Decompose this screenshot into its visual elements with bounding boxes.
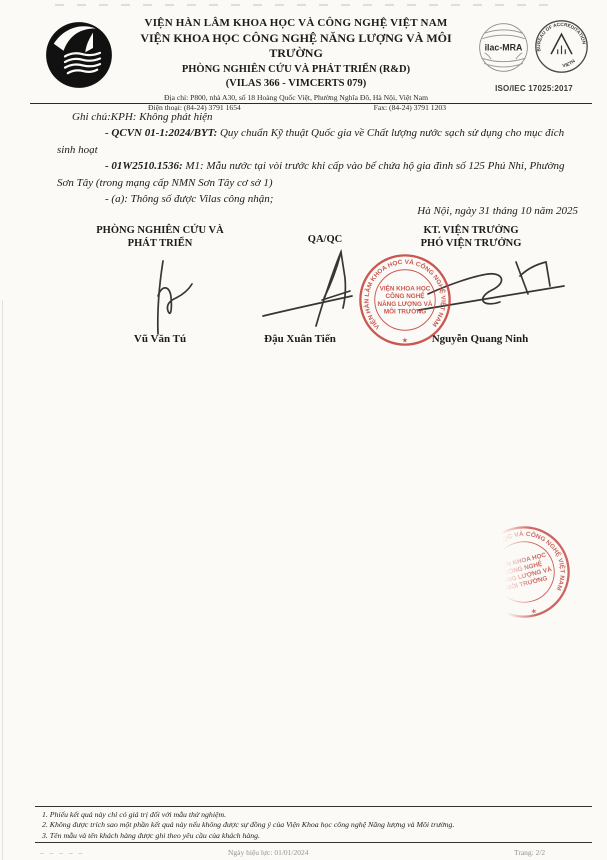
signer-col1-name: Vũ Văn Tú bbox=[75, 333, 245, 345]
signer-col3-title-line2: PHÓ VIỆN TRƯỞNG bbox=[396, 237, 546, 250]
boa-mountain-glyph bbox=[551, 34, 572, 54]
stamp-center-line2: CÔNG NGHỆ bbox=[385, 291, 424, 300]
org-name-department: PHÒNG NGHIÊN CỨU VÀ PHÁT TRIỂN (R&D) bbox=[118, 64, 474, 75]
org-name-academy: VIỆN HÀN LÂM KHOA HỌC VÀ CÔNG NGHỆ VIỆT … bbox=[118, 17, 474, 29]
remark-qcvn-code: - QCVN 01-1:2024/BYT: bbox=[105, 127, 217, 139]
official-red-stamp: VIỆN HÀN LÂM KHOA HỌC VÀ CÔNG NGHỆ VIỆT … bbox=[357, 252, 453, 348]
footer-note-1: 1. Phiếu kết quả này chỉ có giá trị đối … bbox=[42, 810, 587, 820]
footer-effective-date: Ngày hiệu lực: 01/01/2024 bbox=[228, 848, 309, 857]
institute-logo-icon bbox=[44, 20, 114, 90]
remark-sample-code: - 01W2510.1536: bbox=[105, 160, 183, 172]
signer-col3-title: KT. VIỆN TRƯỞNG PHÓ VIỆN TRƯỞNG bbox=[396, 224, 546, 250]
remark-qcvn: - QCVN 01-1:2024/BYT: Quy chuẩn Kỹ thuật… bbox=[57, 125, 569, 158]
footer-notes: 1. Phiếu kết quả này chỉ có giá trị đối … bbox=[42, 810, 587, 841]
footer-divider-bottom bbox=[35, 842, 592, 843]
signer-col1-title: PHÒNG NGHIÊN CỨU VÀ PHÁT TRIỂN bbox=[75, 224, 245, 250]
footer-bottom-row: – – – – – Ngày hiệu lực: 01/01/2024 Tran… bbox=[0, 848, 607, 860]
header-divider bbox=[30, 103, 592, 104]
remark-sample: - 01W2510.1536: M1: Mẫu nước tại vòi trư… bbox=[57, 158, 569, 191]
stamp-star: ★ bbox=[402, 337, 408, 345]
remark-legend: Ghi chú:KPH: Không phát hiện bbox=[57, 109, 569, 125]
ilac-mra-logo-icon: ilac-MRA bbox=[477, 21, 530, 74]
ilac-mra-label: ilac-MRA bbox=[485, 43, 523, 53]
boa-vietnam-logo-icon: BUREAU OF ACCREDITATION VIETNAM bbox=[533, 18, 590, 75]
org-address: Địa chỉ: P800, nhà A30, số 18 Hoàng Quốc… bbox=[118, 93, 474, 102]
signer-col2-name: Đậu Xuân Tiến bbox=[238, 333, 362, 345]
scan-artifact-left-edge bbox=[2, 300, 3, 860]
scan-artifact-top bbox=[55, 4, 555, 6]
place-date-line: Hà Nội, ngày 31 tháng 10 năm 2025 bbox=[300, 205, 578, 217]
footer-divider-top bbox=[35, 806, 592, 807]
footer-note-2: 2. Không được trích sao một phần kết quả… bbox=[42, 820, 587, 830]
iso-certification-label: ISO/IEC 17025:2017 bbox=[478, 84, 590, 93]
stamp-center-line1: VIỆN KHOA HỌC bbox=[380, 283, 431, 292]
footer-note-3: 3. Tên mẫu và tên khách hàng được ghi th… bbox=[42, 831, 587, 841]
stamp-star: ★ bbox=[530, 607, 538, 616]
header-org-block: VIỆN HÀN LÂM KHOA HỌC VÀ CÔNG NGHỆ VIỆT … bbox=[118, 17, 474, 112]
signer-col1-title-line2: PHÁT TRIỂN bbox=[75, 237, 245, 250]
footer-form-code-marks: – – – – – bbox=[40, 848, 84, 857]
signer-col2-title: QA/QC bbox=[293, 233, 357, 246]
stamp-center-line3: NĂNG LƯỢNG VÀ bbox=[378, 299, 433, 308]
remarks-block: Ghi chú:KPH: Không phát hiện - QCVN 01-1… bbox=[57, 109, 569, 207]
stamp-center-line4: MÔI TRƯỜNG bbox=[384, 306, 426, 315]
signer-col1-title-line1: PHÒNG NGHIÊN CỨU VÀ bbox=[75, 224, 245, 237]
scanned-document-page: VIỆN HÀN LÂM KHOA HỌC VÀ CÔNG NGHỆ VIỆT … bbox=[0, 0, 607, 860]
footer-page-number: Trang: 2/2 bbox=[514, 848, 545, 857]
partial-red-stamp: VIỆN HÀN LÂM KHOA HỌC VÀ CÔNG NGHỆ VIỆT … bbox=[466, 514, 582, 630]
org-name-institute: VIỆN KHOA HỌC CÔNG NGHỆ NĂNG LƯỢNG VÀ MÔ… bbox=[118, 31, 474, 61]
org-accreditation-codes: (VILAS 366 - VIMCERTS 079) bbox=[118, 78, 474, 89]
signer-col3-title-line1: KT. VIỆN TRƯỞNG bbox=[396, 224, 546, 237]
signature-dau-xuan-tien bbox=[260, 246, 368, 332]
signature-vu-van-tu bbox=[130, 258, 194, 338]
